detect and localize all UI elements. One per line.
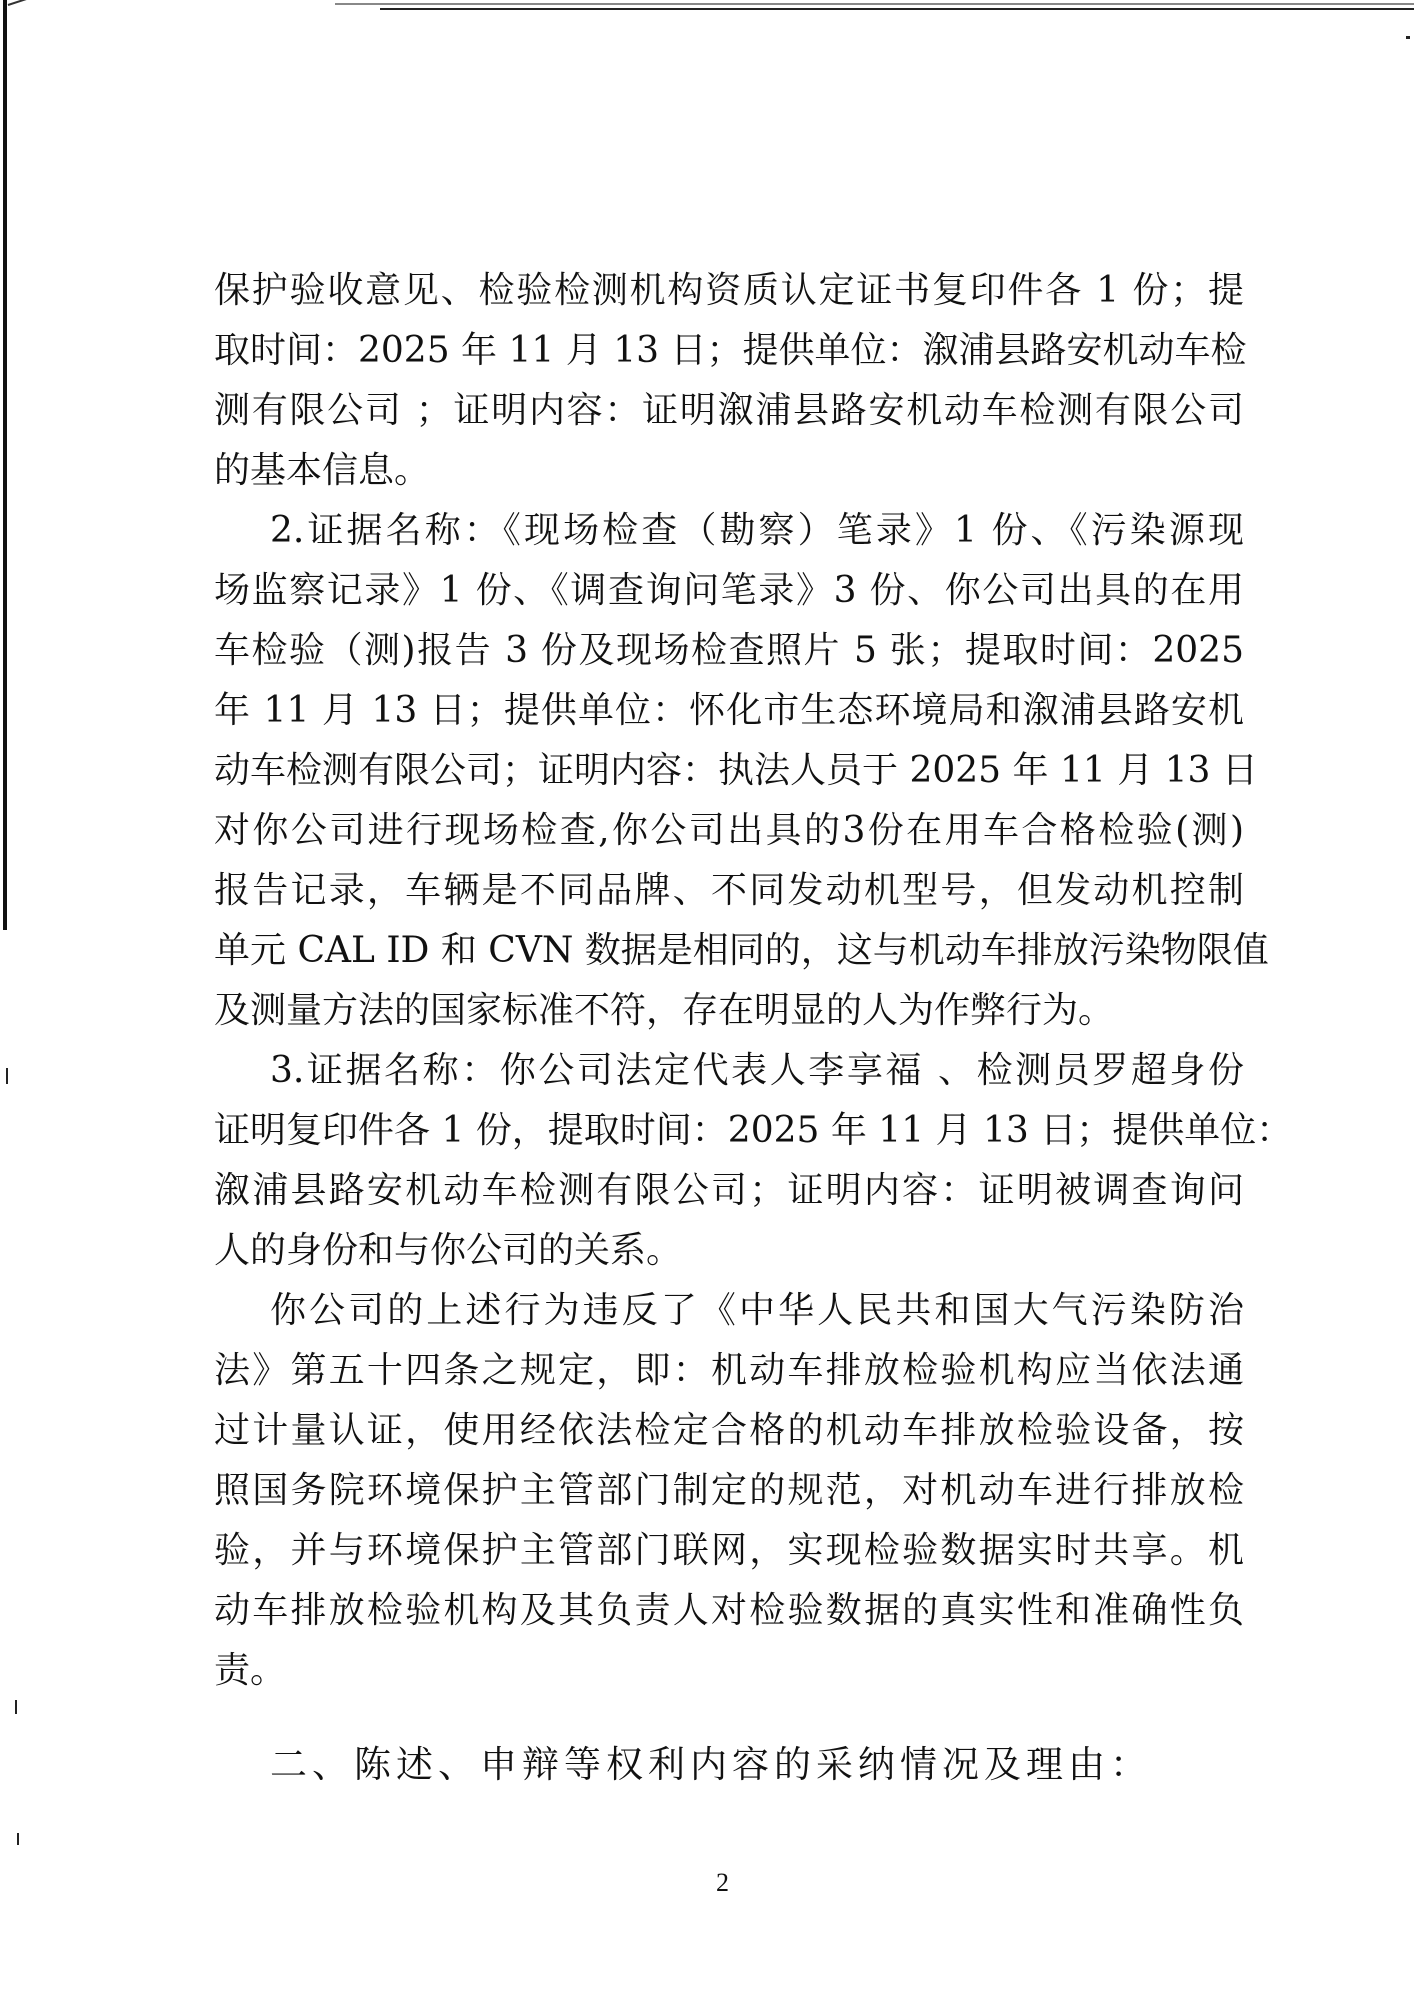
body-line: 3.证据名称：你公司法定代表人李享福 、检测员罗超身份 (270, 1041, 1244, 1101)
body-line: 单元 CAL ID 和 CVN 数据是相同的，这与机动车排放污染物限值 (214, 921, 1244, 981)
body-line: 对你公司进行现场检查,你公司出具的3份在用车合格检验(测) (214, 801, 1244, 861)
scan-corner-mark (8, 0, 35, 6)
scan-left-edge (3, 0, 7, 930)
document-page: 保护验收意见、检验检测机构资质认定证书复印件各 1 份；提 取时间：2025 年… (0, 0, 1414, 2000)
body-line: 年 11 月 13 日；提供单位：怀化市生态环境局和溆浦县路安机 (214, 681, 1244, 741)
scan-top-rule (380, 8, 1414, 10)
body-line: 人的身份和与你公司的关系。 (214, 1221, 1244, 1281)
scan-top-rule (335, 3, 1414, 5)
body-line: 过计量认证，使用经依法检定合格的机动车排放检验设备，按 (214, 1401, 1244, 1461)
scan-dot (1406, 36, 1410, 39)
body-line: 法》第五十四条之规定，即：机动车排放检验机构应当依法通 (214, 1341, 1244, 1401)
scan-margin-mark (6, 1068, 8, 1084)
body-line: 动车检测有限公司；证明内容：执法人员于 2025 年 11 月 13 日 (214, 741, 1244, 801)
body-line: 报告记录，车辆是不同品牌、不同发动机型号，但发动机控制 (214, 861, 1244, 921)
body-line: 照国务院环境保护主管部门制定的规范，对机动车进行排放检 (214, 1461, 1244, 1521)
body-line: 证明复印件各 1 份，提取时间：2025 年 11 月 13 日；提供单位： (214, 1101, 1244, 1161)
body-line: 测有限公司 ；证明内容：证明溆浦县路安机动车检测有限公司 (214, 381, 1244, 441)
body-line: 责。 (214, 1641, 1244, 1701)
body-line: 车检验（测)报告 3 份及现场检查照片 5 张；提取时间：2025 (214, 621, 1244, 681)
body-line: 保护验收意见、检验检测机构资质认定证书复印件各 1 份；提 (214, 261, 1244, 321)
body-line: 溆浦县路安机动车检测有限公司；证明内容：证明被调查询问 (214, 1161, 1244, 1221)
body-line: 你公司的上述行为违反了《中华人民共和国大气污染防治 (270, 1281, 1244, 1341)
body-line: 取时间：2025 年 11 月 13 日；提供单位：溆浦县路安机动车检 (214, 321, 1244, 381)
body-line: 的基本信息。 (214, 441, 1244, 501)
page-number: 2 (716, 1868, 729, 1898)
scan-margin-mark (15, 1700, 17, 1714)
body-line: 2.证据名称：《现场检查（勘察）笔录》1 份、《污染源现 (270, 501, 1244, 561)
body-line: 场监察记录》1 份、《调查询问笔录》3 份、你公司出具的在用 (214, 561, 1244, 621)
body-line: 验，并与环境保护主管部门联网，实现检验数据实时共享。机 (214, 1521, 1244, 1581)
body-line: 及测量方法的国家标准不符，存在明显的人为作弊行为。 (214, 981, 1244, 1041)
section-heading: 二、陈述、申辩等权利内容的采纳情况及理由： (270, 1735, 1152, 1795)
scan-margin-mark (17, 1833, 19, 1845)
body-line: 动车排放检验机构及其负责人对检验数据的真实性和准确性负 (214, 1581, 1244, 1641)
